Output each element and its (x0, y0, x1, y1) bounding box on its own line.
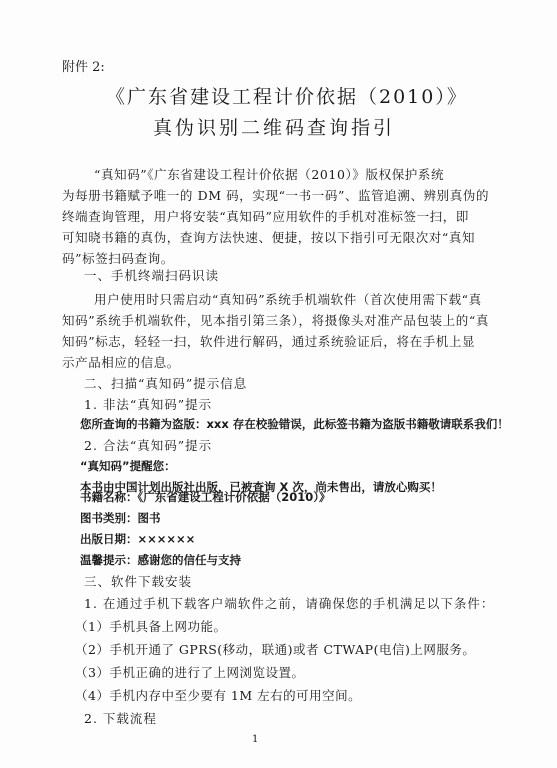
page-number: 1 (252, 734, 258, 745)
document-title-line1: 《广东省建设工程计价依据（2010）》 (106, 82, 468, 109)
intro-line: 为每册书籍赋予唯一的 DM 码，实现“一书一码”、监管追溯、辨别真伪的 (62, 186, 489, 204)
legal-code-line: 书籍名称：《广东省建设工程计价依据（2010）》 (80, 489, 331, 505)
condition-item: （3）手机正确的进行了上网浏览设置。 (75, 663, 304, 681)
condition-item: （4）手机内存中至少要有 1M 左右的可用空间。 (75, 686, 361, 704)
section2-sub2: 2. 合法“真知码”提示 (84, 436, 212, 454)
intro-line: 码”标签扫码查询。 (62, 249, 174, 267)
condition-item: （1）手机具备上网功能。 (75, 617, 226, 635)
legal-code-line: 图书类别：图书 (80, 510, 161, 526)
legal-code-line: “真知码”提醒您： (80, 458, 176, 474)
intro-line: 终端查询管理，用户将安装“真知码”应用软件的手机对准标签一扫，即 (62, 207, 469, 225)
section1-line: 知码”系统手机端软件，见本指引第三条），将摄像头对准产品包装上的“真 (62, 311, 489, 329)
section1-heading: 一、手机终端扫码识读 (84, 266, 219, 284)
section1-line: 用户使用时只需启动“真知码”系统手机端软件（首次使用需下载“真 (94, 290, 482, 308)
section3-heading: 三、软件下载安装 (84, 572, 192, 590)
illegal-code-message: 您所查询的书籍为盗版：xxx 存在校验错误，此标签书籍为盗版书籍敬请联系我们！ (80, 416, 509, 432)
condition-item: （2）手机开通了 GPRS(移动，联通)或者 CTWAP(电信)上网服务。 (75, 640, 475, 658)
document-page: 附件 2: 《广东省建设工程计价依据（2010）》 真伪识别二维码查询指引 “真… (0, 0, 557, 768)
section3-sub2: 2. 下载流程 (84, 709, 157, 727)
intro-line: “真知码”《广东省建设工程计价依据（2010）》版权保护系统 (94, 165, 444, 183)
document-title-line2: 真伪识别二维码查询指引 (153, 113, 395, 140)
legal-code-line: 温馨提示：感谢您的信任与支持 (80, 552, 241, 568)
section1-line: 示产品相应的信息。 (62, 353, 180, 371)
section1-line: 知码”标志，轻轻一扫，软件进行解码，通过系统验证后，将在手机上显 (62, 332, 475, 350)
intro-line: 可知晓书籍的真伪，查询方法快速、便捷，按以下指引可无限次对“真知 (62, 228, 475, 246)
section2-heading: 二、扫描“真知码”提示信息 (84, 374, 247, 392)
section2-sub1: 1. 非法“真知码”提示 (84, 395, 212, 413)
section3-sub1: 1. 在通过手机下载客户端软件之前，请确保您的手机满足以下条件： (84, 594, 494, 612)
attachment-label: 附件 2: (62, 56, 105, 75)
legal-code-line: 出版日期：×××××× (80, 531, 195, 547)
